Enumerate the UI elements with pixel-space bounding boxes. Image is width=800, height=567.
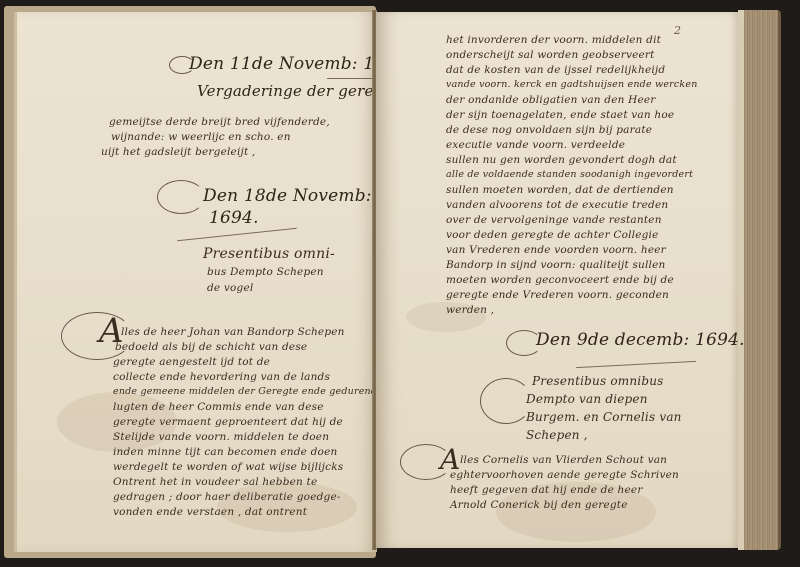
entry-text-line: executie vande voorn. verdeelde [446,139,625,151]
entry-text-line: het invorderen der voorn. middelen dit [446,34,661,46]
entry-text-line: der sijn toenagelaten, ende staet van ho… [446,109,674,121]
entry-text-line: moeten worden geconvoceert ende bij de [446,274,674,286]
entry-text-line: vanden alvoorens tot de executie treden [446,199,668,211]
presence-line: Schepen , [526,428,588,442]
entry-text-line: collecte ende hevordering van de lands [113,371,330,383]
entry-text-line: heeft gegeven dat hij ende de heer [450,484,643,496]
entry-text-line: inden minne tijt can becomen ende doen [113,446,337,458]
entry-text-line: voor deden geregte de achter Collegie [446,229,659,241]
presence-line: Burgem. en Cornelis van [526,410,682,424]
underline [327,78,377,79]
entry-text-line: sullen nu gen worden gevondert dogh dat [446,154,677,166]
presence-line: Presentibus omni- [203,246,335,262]
entry-text-line: geregte vermaent geproenteert dat hij de [113,416,343,428]
entry-text-line: geregte aengestelt ijd tot de [113,356,270,368]
separator-rule [576,361,696,368]
entry-text-line: over de vervolgeninge vande restanten [446,214,662,226]
flourish-ornament [157,180,205,214]
entry-text-line: eghtervoorhoven aende geregte Schriven [450,469,679,481]
entry-text-line: wijnande: w weerlijc en scho. en [111,131,291,143]
entry-date-heading: Den 9de decemb: 1694. [536,330,745,350]
entry-year: 1694. [209,208,259,228]
entry-text-line: lugten de heer Commis ende van dese [113,401,324,413]
entry-text-line: bedoeld als bij de schicht van dese [115,341,307,353]
entry-text-line: sullen moeten worden, dat de dertienden [446,184,674,196]
entry-text-line: geregte ende Vrederen voorn. geconden [446,289,669,301]
left-page: Den 11de Novemb: 1694. Vergaderinge der … [14,12,377,552]
entry-text-line: der ondanlde obligatien van den Heer [446,94,656,106]
presence-line: bus Dempto Schepen [207,266,324,278]
entry-text-line: lles Cornelis van Vlierden Schout van [460,454,667,466]
entry-text-line: alle de voldaende standen soodanigh inge… [446,169,693,180]
entry-text-line: Ontrent het in voudeer sal hebben te [113,476,317,488]
presence-line: Dempto van diepen [526,392,648,406]
open-book-spread: Den 11de Novemb: 1694. Vergaderinge der … [0,0,800,567]
presence-line: de vogel [207,282,253,294]
folio-number: 2 [674,24,681,37]
entry-date-heading: Den 18de Novemb: [203,186,372,206]
separator-rule [177,228,296,242]
flourish-ornament [480,378,532,424]
entry-text-line: gemeijtse derde breijt bred vijfenderde, [109,116,330,128]
entry-text-line: lles de heer Johan van Bandorp Schepen [121,326,345,338]
book-page-edges [738,10,781,550]
entry-text-line: werden , [446,304,494,316]
entry-text-line: werdegelt te worden of wat wijse bijlijc… [113,461,343,473]
entry-text-line: de dese nog onvoldaen sijn bij parate [446,124,652,136]
entry-text-line: uijt het gadsleijt bergeleijt , [101,146,255,158]
entry-text-line: onderscheijt sal worden geobserveert [446,49,655,61]
presence-line: Presentibus omnibus [532,374,663,388]
entry-text-line: Arnold Conerick bij den geregte [450,499,628,511]
entry-title: Vergaderinge der geregte [197,82,399,100]
entry-text-line: Stelijde vande voorn. middelen te doen [113,431,329,443]
entry-text-line: van Vrederen ende voorden voorn. heer [446,244,666,256]
entry-text-line: gedragen ; door haer deliberatie goedge- [113,491,341,503]
entry-text-line: ende gemeene middelen der Geregte ende g… [113,386,383,397]
entry-text-line: dat de kosten van de ijssel redelijkheij… [446,64,665,76]
entry-text-line: Bandorp in sijnd voorn: qualiteijt sulle… [446,259,665,271]
right-page: 2 het invorderen der voorn. middelen dit… [376,12,738,548]
entry-text-line: vonden ende verstaen , dat ontrent [113,506,307,518]
entry-text-line: vande voorn. kerck en gadtshuijsen ende … [446,79,698,90]
